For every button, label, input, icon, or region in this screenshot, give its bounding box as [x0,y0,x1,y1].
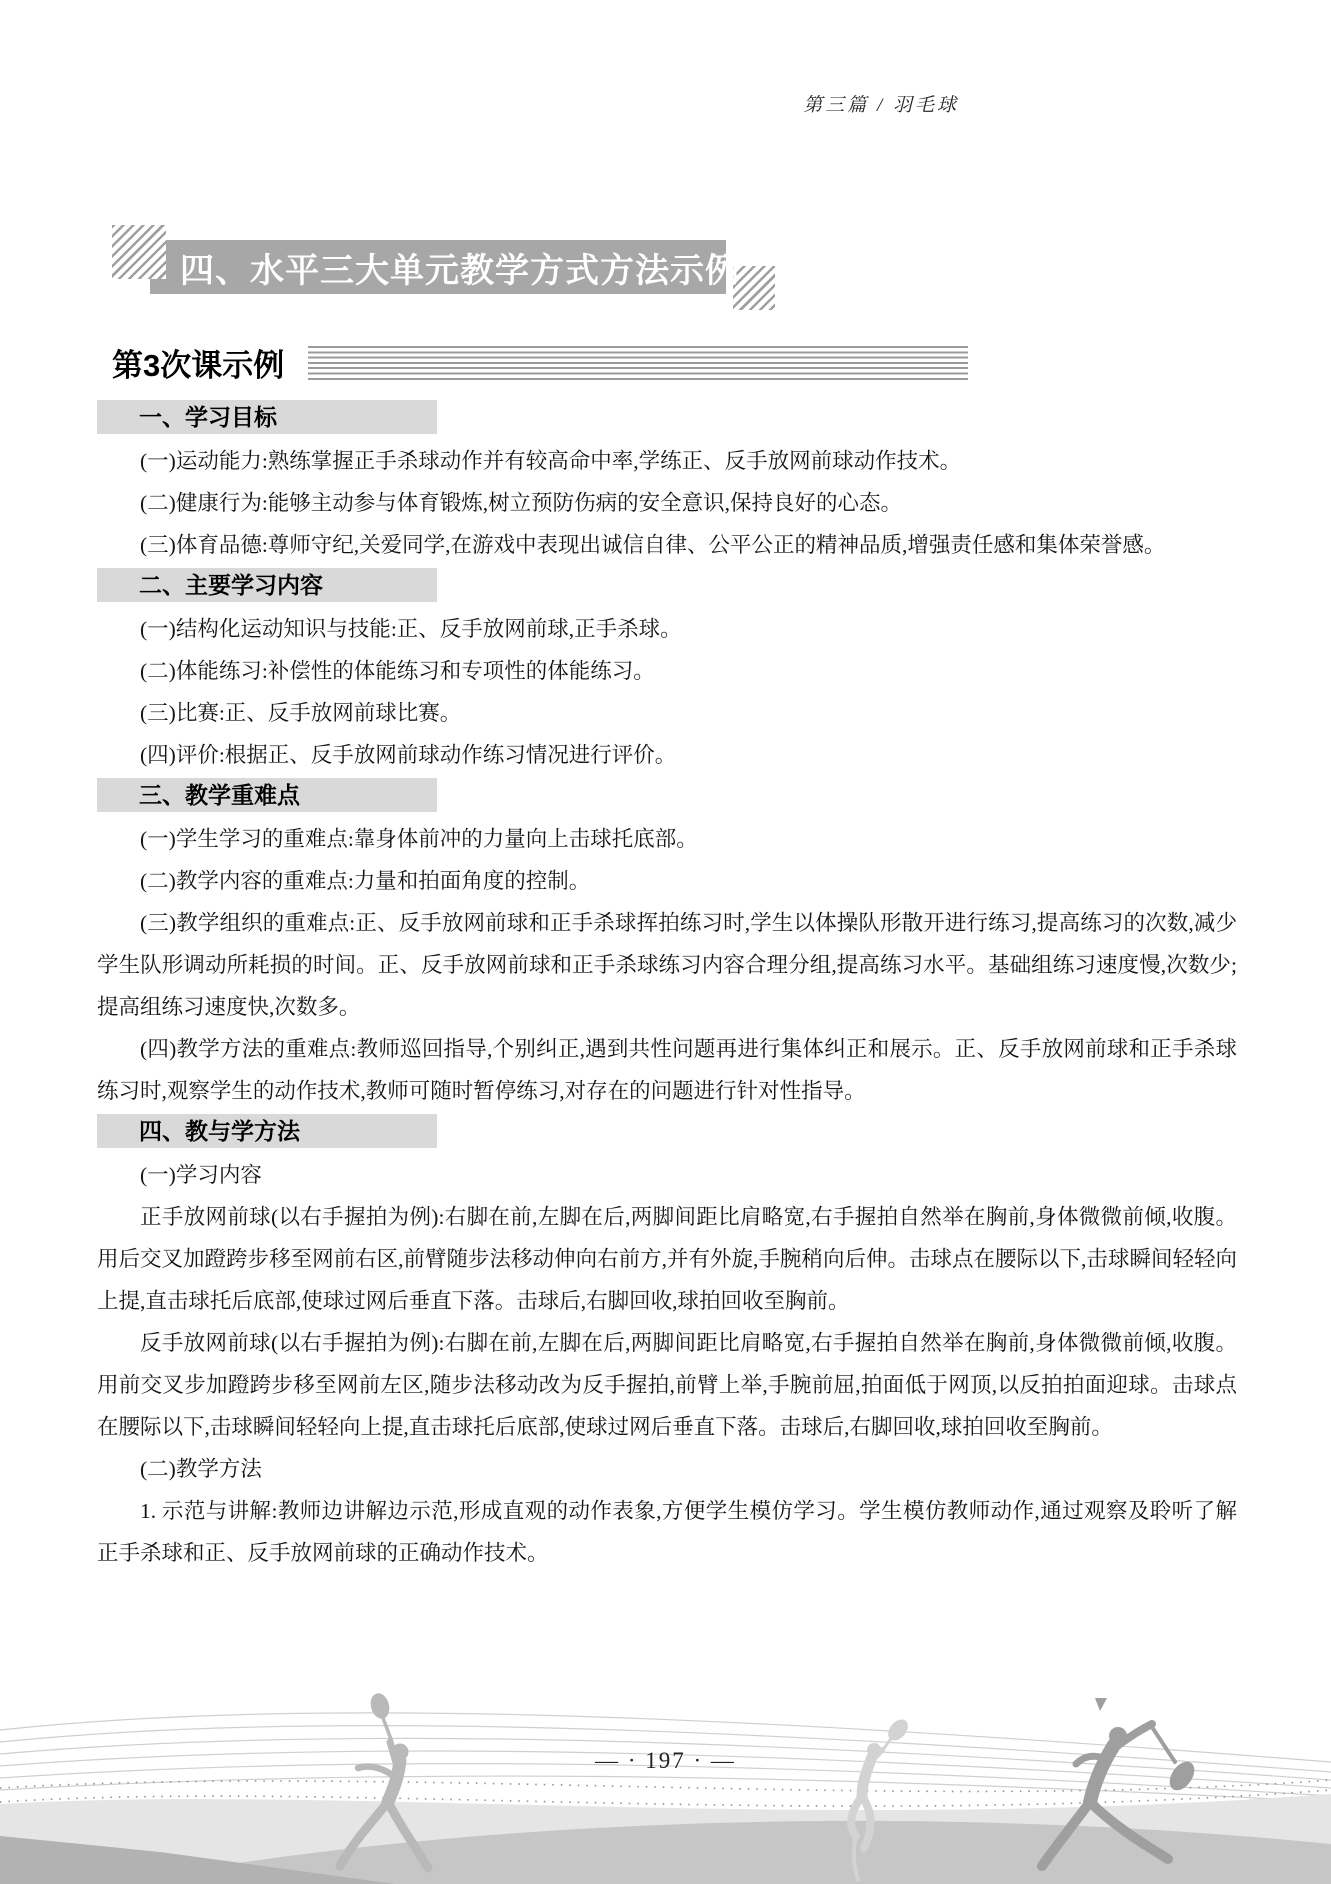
running-head: 第三篇 / 羽毛球 [803,90,959,117]
section-header-learning-goals: 一、学习目标 [97,400,437,434]
paragraph: (三)比赛:正、反手放网前球比赛。 [97,692,1237,734]
page-number: — · 197 · — [0,1748,1331,1774]
paragraph: (四)教学方法的重难点:教师巡回指导,个别纠正,遇到共性问题再进行集体纠正和展示… [97,1028,1237,1112]
section-header-teaching-methods: 四、教与学方法 [97,1114,437,1148]
paragraph: (四)评价:根据正、反手放网前球动作练习情况进行评价。 [97,734,1237,776]
paragraph: 正手放网前球(以右手握拍为例):右脚在前,左脚在后,两脚间距比肩略宽,右手握拍自… [97,1196,1237,1322]
paragraph: (二)教学方法 [97,1448,1237,1490]
shuttlecock-icon [1095,1698,1107,1711]
paragraph: (二)教学内容的重难点:力量和拍面角度的控制。 [97,860,1237,902]
page: 第三篇 / 羽毛球 四、水平三大单元教学方式方法示例 第3次课示例 一、学习目标… [0,0,1331,1884]
bottom-decoration [0,1684,1331,1884]
paragraph: (一)学生学习的重难点:靠身体前冲的力量向上击球托底部。 [97,818,1237,860]
section-header-key-difficulties: 三、教学重难点 [97,778,437,812]
paragraph: (三)教学组织的重难点:正、反手放网前球和正手杀球挥拍练习时,学生以体操队形散开… [97,902,1237,1028]
paragraph: (二)健康行为:能够主动参与体育锻炼,树立预防伤病的安全意识,保持良好的心态。 [97,482,1237,524]
chapter-banner-title: 四、水平三大单元教学方式方法示例 [180,243,740,292]
paragraph: (一)学习内容 [97,1154,1237,1196]
lesson-heading: 第3次课示例 [112,340,284,385]
chapter-banner: 四、水平三大单元教学方式方法示例 [150,240,726,294]
paragraph: (三)体育品德:尊师守纪,关爱同学,在游戏中表现出诚信自律、公平公正的精神品质,… [97,524,1237,566]
section-header-main-content: 二、主要学习内容 [97,568,437,602]
paragraph: (一)运动能力:熟练掌握正手杀球动作并有较高命中率,学练正、反手放网前球动作技术… [97,440,1237,482]
hatch-decoration-left [112,225,166,279]
paragraph: (一)结构化运动知识与技能:正、反手放网前球,正手杀球。 [97,608,1237,650]
heading-rule-lines [308,346,968,382]
paragraph: (二)体能练习:补偿性的体能练习和专项性的体能练习。 [97,650,1237,692]
paragraph: 反手放网前球(以右手握拍为例):右脚在前,左脚在后,两脚间距比肩略宽,右手握拍自… [97,1322,1237,1448]
paragraph: 1. 示范与讲解:教师边讲解边示范,形成直观的动作表象,方便学生模仿学习。学生模… [97,1490,1237,1574]
lesson-heading-row: 第3次课示例 [112,340,992,384]
content: 一、学习目标 (一)运动能力:熟练掌握正手杀球动作并有较高命中率,学练正、反手放… [97,398,1237,1574]
